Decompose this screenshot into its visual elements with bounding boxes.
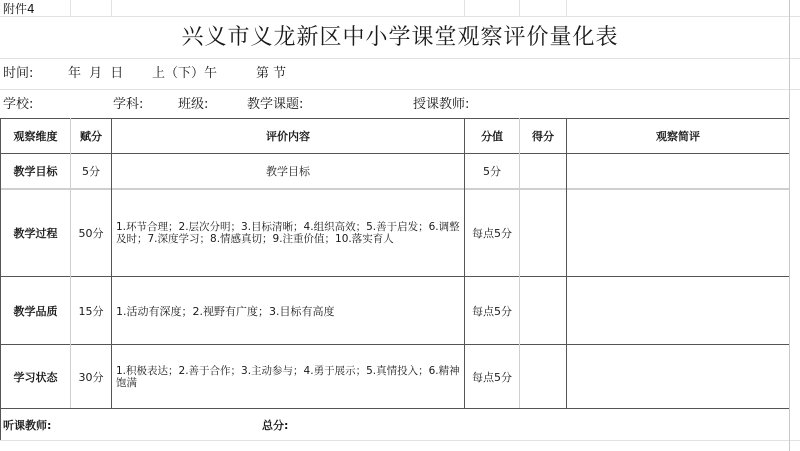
gridline — [70, 0, 71, 16]
score-input[interactable] — [520, 345, 566, 408]
header-value: 分值 — [465, 119, 519, 153]
comment-input[interactable] — [567, 190, 789, 276]
row-content: 1.积极表达；2.善于合作；3.主动参与；4.勇于展示；5.真情投入；6.精神饱… — [112, 345, 464, 408]
header-points: 赋分 — [71, 119, 111, 153]
row-content: 1.活动有深度；2.视野有广度；3.目标有高度 — [112, 277, 464, 344]
score-input[interactable] — [520, 154, 566, 188]
attachment-label: 附件4 — [3, 1, 35, 17]
row-value: 每点5分 — [465, 190, 519, 276]
gridline — [464, 0, 465, 16]
gridline — [0, 16, 800, 17]
header-comment: 观察简评 — [567, 119, 789, 153]
row-dimension: 教学品质 — [1, 277, 70, 344]
gridline — [0, 58, 800, 59]
row-content: 1.环节合理；2.层次分明；3.目标清晰；4.组织高效；5.善于启发；6.调整及… — [112, 190, 464, 276]
header-content: 评价内容 — [112, 119, 464, 153]
comment-input[interactable] — [567, 154, 789, 188]
row-points: 30分 — [71, 345, 111, 408]
gridline — [789, 0, 790, 451]
observer-label: 听课教师: — [3, 418, 51, 434]
school-label: 学校: — [3, 97, 33, 113]
subject-label: 学科: — [113, 97, 143, 113]
teacher-label: 授课教师: — [413, 97, 469, 113]
topic-label: 教学课题: — [247, 97, 303, 113]
row-points: 5分 — [71, 154, 111, 188]
header-score: 得分 — [520, 119, 566, 153]
table-border — [0, 408, 789, 409]
gridline — [0, 89, 800, 90]
total-label: 总分: — [262, 418, 288, 434]
score-input[interactable] — [520, 190, 566, 276]
row-value: 每点5分 — [465, 345, 519, 408]
section-field[interactable]: 第 节 — [256, 66, 286, 82]
gridline — [111, 0, 112, 16]
page-title: 兴义市义龙新区中小学课堂观察评价量化表 — [0, 24, 800, 52]
gridline — [566, 0, 567, 16]
row-value: 5分 — [465, 154, 519, 188]
row-dimension: 教学过程 — [1, 190, 70, 276]
row-content: 教学目标 — [112, 154, 464, 188]
row-dimension: 教学目标 — [1, 154, 70, 188]
class-label: 班级: — [178, 97, 208, 113]
row-dimension: 学习状态 — [1, 345, 70, 408]
row-points: 15分 — [71, 277, 111, 344]
comment-input[interactable] — [567, 345, 789, 408]
period-field[interactable]: 上（下）午 — [152, 66, 217, 82]
row-points: 50分 — [71, 190, 111, 276]
gridline — [0, 440, 800, 441]
date-field[interactable]: 年 月 日 — [68, 66, 123, 82]
gridline — [519, 0, 520, 16]
time-label: 时间: — [3, 66, 33, 82]
row-value: 每点5分 — [465, 277, 519, 344]
score-input[interactable] — [520, 277, 566, 344]
comment-input[interactable] — [567, 277, 789, 344]
header-dimension: 观察维度 — [1, 119, 70, 153]
